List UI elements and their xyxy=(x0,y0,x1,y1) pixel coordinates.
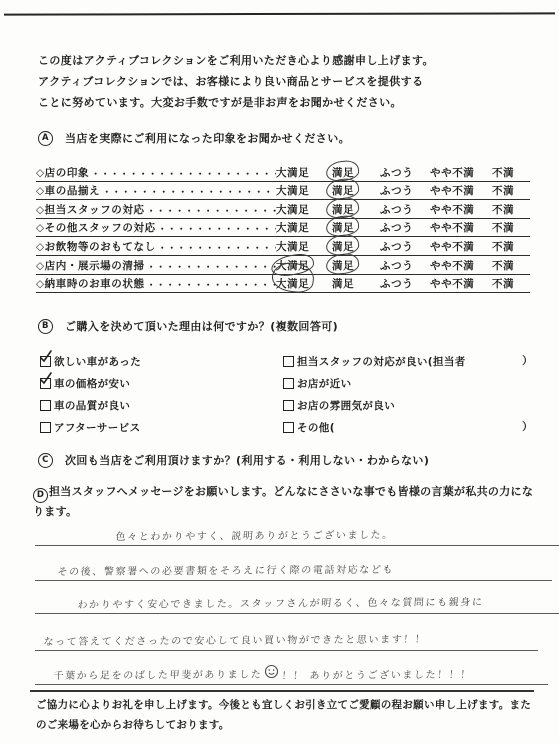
rating-option: ふつう xyxy=(380,258,430,273)
circled-letter-d-icon: D xyxy=(33,488,48,503)
checkbox-icon xyxy=(40,400,51,411)
rating-option: 大満足 xyxy=(276,165,332,180)
section-b-header: B ご購入を決めて頂いた理由は何ですか？(複数回答可) xyxy=(38,318,338,334)
checkbox-icon xyxy=(283,356,294,367)
circled-letter-b-icon: B xyxy=(38,319,53,334)
survey-row: ◇担当スタッフの対応・・・・・・・・・・・・・・・・・・・・・・・・・・大満足満… xyxy=(36,200,530,219)
closing-paren: ） xyxy=(522,419,533,434)
footer-paragraph: ご協力に心よりお礼を申し上げます。今後とも宜しくお引き立てご愛顧の程お願い申し上… xyxy=(36,696,536,735)
dot-leader: ・・・・・・・・・・・・・・・・・・・・・・・・・・ xyxy=(156,241,276,254)
rating-option: 満足 xyxy=(332,220,380,235)
survey-row: ◇納車時のお車の状態・・・・・・・・・・・・・・・・・・・・・・・・・・大満足満… xyxy=(36,275,530,294)
rating-option: やや不満 xyxy=(430,220,492,235)
reason-item: お店の雰囲気が良い xyxy=(283,394,533,416)
check-mark-icon xyxy=(39,350,53,364)
rating-option: ふつう xyxy=(380,202,430,217)
reason-label: その他( xyxy=(297,420,335,435)
survey-row-label: ◇お飲物等のおもてなし xyxy=(36,239,156,254)
scan-artifact-line xyxy=(4,12,555,15)
reason-label: 担当スタッフの対応が良い(担当者 xyxy=(297,354,466,369)
survey-row-label: ◇納車時のお車の状態 xyxy=(36,276,145,291)
rating-option: 満足 xyxy=(332,165,380,180)
checkbox-icon xyxy=(40,356,51,367)
section-d-text: 担当スタッフへメッセージをお願いします。どんなにささいな事でも皆様の言葉が私共の… xyxy=(33,485,533,518)
rating-option: やや不満 xyxy=(430,239,492,254)
dot-leader: ・・・・・・・・・・・・・・・・・・・・・・・・・・ xyxy=(100,185,276,198)
survey-row-label: ◇店の印象 xyxy=(36,165,89,180)
closing-paren: ） xyxy=(522,353,533,368)
rating-option: やや不満 xyxy=(430,165,492,180)
survey-row: ◇店の印象・・・・・・・・・・・・・・・・・・・・・・・・・・大満足満足ふつうや… xyxy=(36,163,530,182)
section-d-prompt: D担当スタッフへメッセージをお願いします。どんなにささいな事でも皆様の言葉が私共… xyxy=(33,483,540,521)
section-c-title: 次回も当店をご利用頂けますか？(利用する・利用しない・わからない) xyxy=(65,452,429,468)
survey-row: ◇店内・展示場の清掃・・・・・・・・・・・・・・・・・・・・・・・・・・大満足満… xyxy=(36,256,530,275)
reason-item: その他(） xyxy=(283,416,533,438)
section-a-header: A 当店を実際にご利用になった印象をお聞かせください。 xyxy=(38,130,350,146)
checkbox-icon xyxy=(283,422,294,433)
checkbox-icon xyxy=(40,378,51,389)
handwriting-rule-line: なって答えてくださったので安心して良い買い物ができたと思います！！ xyxy=(35,628,538,651)
rating-option: 満足 xyxy=(332,202,380,217)
reason-label: 車の品質が良い xyxy=(54,398,130,413)
handwriting-rule-line: 色々とわかりやすく、説明ありがとうございました。 xyxy=(35,523,559,546)
handwriting-text: なって答えてくださったので安心して良い買い物ができたと思います！！ xyxy=(43,630,427,650)
rating-option: ふつう xyxy=(380,276,430,291)
reason-checkbox-column-right: 担当スタッフの対応が良い(担当者）お店が近いお店の雰囲気が良いその他(） xyxy=(283,350,533,438)
handwriting-text: わかりやすく安心できました。スタッフさんが明るく、色々な質問にも親身に xyxy=(77,593,484,613)
dot-leader: ・・・・・・・・・・・・・・・・・・・・・・・・・・ xyxy=(156,222,276,235)
rating-option: 大満足 xyxy=(276,239,332,254)
intro-paragraph: この度はアクティブコレクションをご利用いただき心より感謝申し上げます。 アクティ… xyxy=(38,50,518,113)
checkbox-icon xyxy=(283,378,294,389)
rating-option: ふつう xyxy=(380,165,430,180)
rating-option: 大満足 xyxy=(276,276,332,291)
reason-label: 車の価格が安い xyxy=(54,376,130,391)
intro-line: アクティブコレクションでは、お客様により良い商品とサービスを提供する xyxy=(38,71,518,92)
rating-option: 満足 xyxy=(332,276,380,291)
scanned-survey-page: この度はアクティブコレクションをご利用いただき心より感謝申し上げます。 アクティ… xyxy=(0,0,559,743)
satisfaction-rating-table: ◇店の印象・・・・・・・・・・・・・・・・・・・・・・・・・・大満足満足ふつうや… xyxy=(36,163,530,293)
rating-option: 大満足 xyxy=(276,202,332,217)
reason-item: 車の価格が安い xyxy=(40,372,275,394)
rating-option: やや不満 xyxy=(430,202,492,217)
rating-option: 不満 xyxy=(492,202,530,217)
handwriting-rule-line: その後、警察署への必要書類をそろえに行く際の電話対応なども xyxy=(35,558,552,581)
dot-leader: ・・・・・・・・・・・・・・・・・・・・・・・・・・ xyxy=(145,260,276,273)
reason-checkbox-column-left: 欲しい車があった車の価格が安い車の品質が良いアフターサービス xyxy=(40,350,275,438)
check-mark-icon xyxy=(39,372,53,386)
survey-row: ◇お飲物等のおもてなし・・・・・・・・・・・・・・・・・・・・・・・・・・大満足… xyxy=(36,237,530,256)
rating-option: 不満 xyxy=(492,276,530,291)
checkbox-icon xyxy=(40,422,51,433)
rating-option: 不満 xyxy=(492,183,530,198)
intro-line: ことに努めています。大変お手数ですが是非お声をお聞かせください。 xyxy=(38,92,518,113)
handwriting-text: 千葉から足をのばした甲斐がありました xyxy=(53,666,263,684)
footer-separator-line xyxy=(30,690,534,692)
section-a-title: 当店を実際にご利用になった印象をお聞かせください。 xyxy=(65,130,350,146)
section-c-header: C 次回も当店をご利用頂けますか？(利用する・利用しない・わからない) xyxy=(38,452,429,468)
reason-item: アフターサービス xyxy=(40,416,275,438)
handwriting-rule-line: わかりやすく安心できました。スタッフさんが明るく、色々な質問にも親身に xyxy=(35,591,559,614)
dot-leader: ・・・・・・・・・・・・・・・・・・・・・・・・・・ xyxy=(89,167,276,180)
reason-item: 車の品質が良い xyxy=(40,394,275,416)
rating-option: 満足 xyxy=(332,183,380,198)
handwriting-text: ！！ ありがとうございました！！！ xyxy=(281,666,473,684)
survey-row: ◇その他スタッフの対応・・・・・・・・・・・・・・・・・・・・・・・・・・大満足… xyxy=(36,219,530,238)
rating-option: 満足 xyxy=(332,239,380,254)
reason-label: アフターサービス xyxy=(54,420,140,435)
survey-row-label: ◇その他スタッフの対応 xyxy=(36,220,156,235)
rating-option: やや不満 xyxy=(430,276,492,291)
survey-row-label: ◇担当スタッフの対応 xyxy=(36,202,145,217)
rating-option: ふつう xyxy=(380,239,430,254)
rating-option: 大満足 xyxy=(276,258,332,273)
section-b-title: ご購入を決めて頂いた理由は何ですか？(複数回答可) xyxy=(65,318,338,334)
handwriting-text: 色々とわかりやすく、説明ありがとうございました。 xyxy=(115,526,394,545)
rating-option: 不満 xyxy=(492,165,530,180)
smiley-face-icon xyxy=(264,664,279,683)
rating-option: やや不満 xyxy=(430,183,492,198)
rating-option: 不満 xyxy=(492,239,530,254)
rating-option: 不満 xyxy=(492,220,530,235)
reason-item: 担当スタッフの対応が良い(担当者） xyxy=(283,350,533,372)
rating-option: やや不満 xyxy=(430,258,492,273)
reason-item: 欲しい車があった xyxy=(40,350,275,372)
intro-line: この度はアクティブコレクションをご利用いただき心より感謝申し上げます。 xyxy=(38,50,518,71)
reason-item: お店が近い xyxy=(283,372,533,394)
dot-leader: ・・・・・・・・・・・・・・・・・・・・・・・・・・ xyxy=(145,204,276,217)
rating-option: 大満足 xyxy=(276,183,332,198)
checkbox-icon xyxy=(283,400,294,411)
reason-label: 欲しい車があった xyxy=(54,354,141,369)
rating-option: ふつう xyxy=(380,183,430,198)
survey-row: ◇車の品揃え・・・・・・・・・・・・・・・・・・・・・・・・・・大満足満足ふつう… xyxy=(36,182,530,201)
reason-label: お店の雰囲気が良い xyxy=(297,398,395,413)
circled-letter-c-icon: C xyxy=(38,453,53,468)
survey-row-label: ◇車の品揃え xyxy=(36,183,100,198)
rating-option: 大満足 xyxy=(276,220,332,235)
reason-label: お店が近い xyxy=(297,376,352,391)
dot-leader: ・・・・・・・・・・・・・・・・・・・・・・・・・・ xyxy=(145,278,276,291)
handwriting-rule-line: 千葉から足をのばした甲斐がありました！！ ありがとうございました！！！ xyxy=(35,662,548,685)
handwriting-text: その後、警察署への必要書類をそろえに行く際の電話対応なども xyxy=(57,561,395,580)
rating-option: ふつう xyxy=(380,220,430,235)
survey-row-label: ◇店内・展示場の清掃 xyxy=(36,258,145,273)
rating-option: 満足 xyxy=(332,258,380,273)
circled-letter-a-icon: A xyxy=(38,131,53,146)
rating-option: 不満 xyxy=(492,258,530,273)
